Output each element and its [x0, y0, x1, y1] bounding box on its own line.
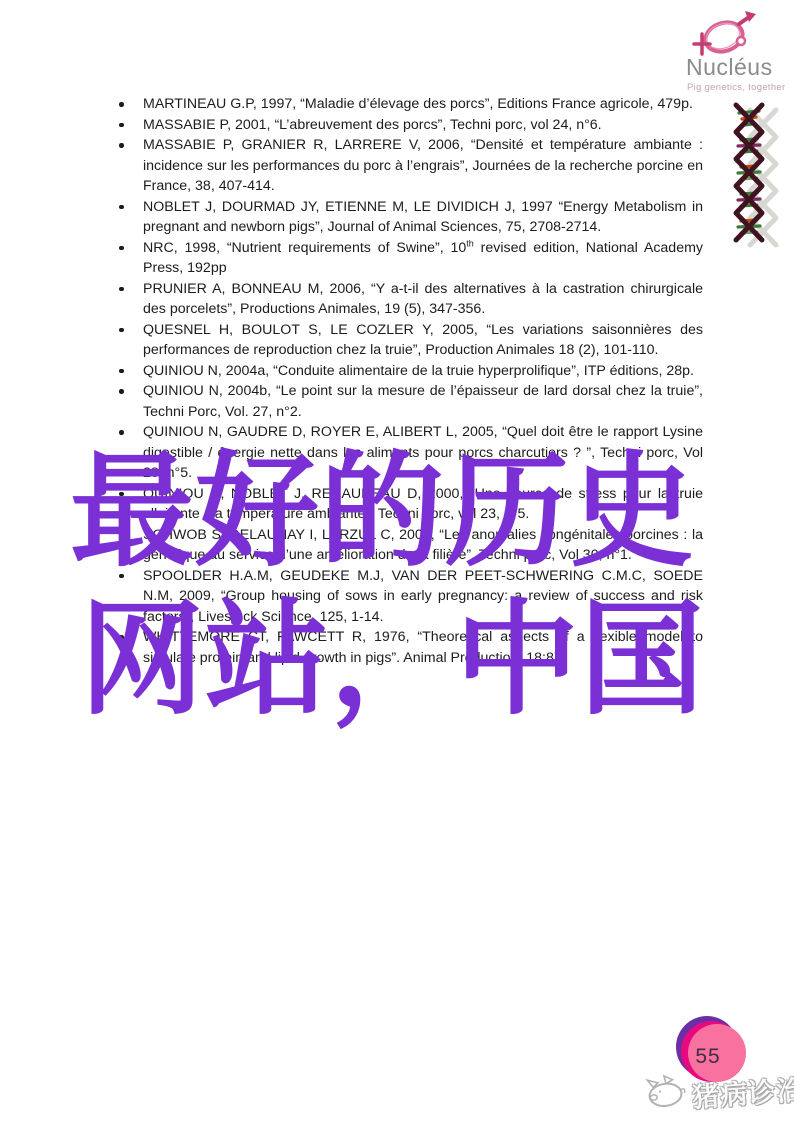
dna-helix-icon	[726, 102, 788, 252]
logo-wordmark: Nucléus	[686, 54, 773, 81]
reference-item: QUESNEL H, BOULOT S, LE COZLER Y, 2005, …	[107, 320, 703, 361]
reference-item: MASSABIE P, GRANIER R, LARRERE V, 2006, …	[107, 135, 703, 197]
reference-item: MASSABIE P, 2001, “L’abreuvement des por…	[107, 115, 703, 136]
reference-item: NOBLET J, DOURMAD JY, ETIENNE M, LE DIVI…	[107, 197, 703, 238]
reference-item: NRC, 1998, “Nutrient requirements of Swi…	[107, 238, 703, 279]
reference-item: SCHWOB S, DELAUNAY I, LARZUL C, 2008, “L…	[107, 525, 703, 566]
gender-symbol-icon	[690, 10, 756, 60]
reference-item: QUINIOU N, 2004b, “Le point sur la mesur…	[107, 381, 703, 422]
page-number: 55	[695, 1045, 720, 1069]
reference-item: QUINIOU N, 2004a, “Conduite alimentaire …	[107, 361, 703, 382]
reference-item: SPOOLDER H.A.M, GEUDEKE M.J, VAN DER PEE…	[107, 566, 703, 628]
references-list: MARTINEAU G.P, 1997, “Maladie d’élevage …	[107, 94, 703, 668]
reference-item: QUINIOU N, NOBLET J, RENAUDEAU D, 2000, …	[107, 484, 703, 525]
reference-item: QUINIOU N, GAUDRE D, ROYER E, ALIBERT L,…	[107, 422, 703, 484]
reference-item: WHITTEMORE CT, FAWCETT R, 1976, “Theoret…	[107, 627, 703, 668]
logo-tagline: Pig genetics, together	[687, 82, 786, 93]
site-watermark-text: 猪病诊治	[691, 1068, 794, 1115]
reference-item: MARTINEAU G.P, 1997, “Maladie d’élevage …	[107, 94, 703, 115]
reference-item: PRUNIER A, BONNEAU M, 2006, “Y a-t-il de…	[107, 279, 703, 320]
pig-doodle-icon	[638, 1071, 690, 1111]
